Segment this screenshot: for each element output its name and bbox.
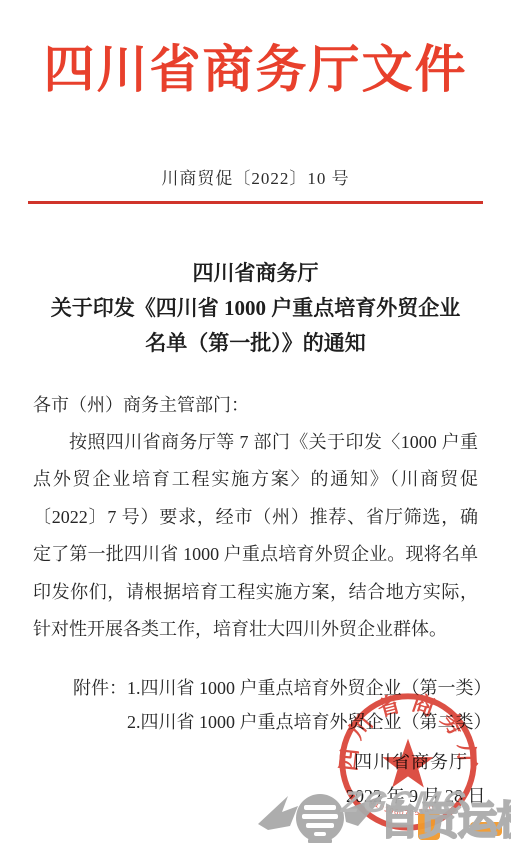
body-paragraph: 按照四川省商务厅等 7 部门《关于印发〈1000 户重点外贸企业培育工程实施方案… — [33, 424, 478, 649]
salutation: 各市（州）商务主管部门： — [33, 387, 478, 424]
document-title-line-2: 关于印发《四川省 1000 户重点培育外贸企业 — [0, 291, 511, 326]
attachments-label: 附件： — [73, 671, 127, 739]
watermark-chinese-text: 自贡运机 — [380, 802, 511, 841]
document-body: 各市（州）商务主管部门： 按照四川省商务厅等 7 部门《关于印发〈1000 户重… — [33, 387, 478, 739]
document-title-line-3: 名单（第一批）》的通知 — [0, 326, 511, 361]
document-title-line-1: 四川省商务厅 — [0, 256, 511, 291]
document-number: 川商贸促〔2022〕10 号 — [0, 164, 511, 189]
document-title: 四川省商务厅 关于印发《四川省 1000 户重点培育外贸企业 名单（第一批）》的… — [0, 256, 511, 361]
site-watermark: ZGCMC 自贡运机 — [258, 780, 511, 845]
letterhead-title: 四川省商务厅文件 — [10, 40, 501, 104]
letterhead-divider-line — [28, 201, 483, 204]
document-page: 四川省商务厅文件 川商贸促〔2022〕10 号 四川省商务厅 关于印发《四川省 … — [0, 0, 511, 845]
